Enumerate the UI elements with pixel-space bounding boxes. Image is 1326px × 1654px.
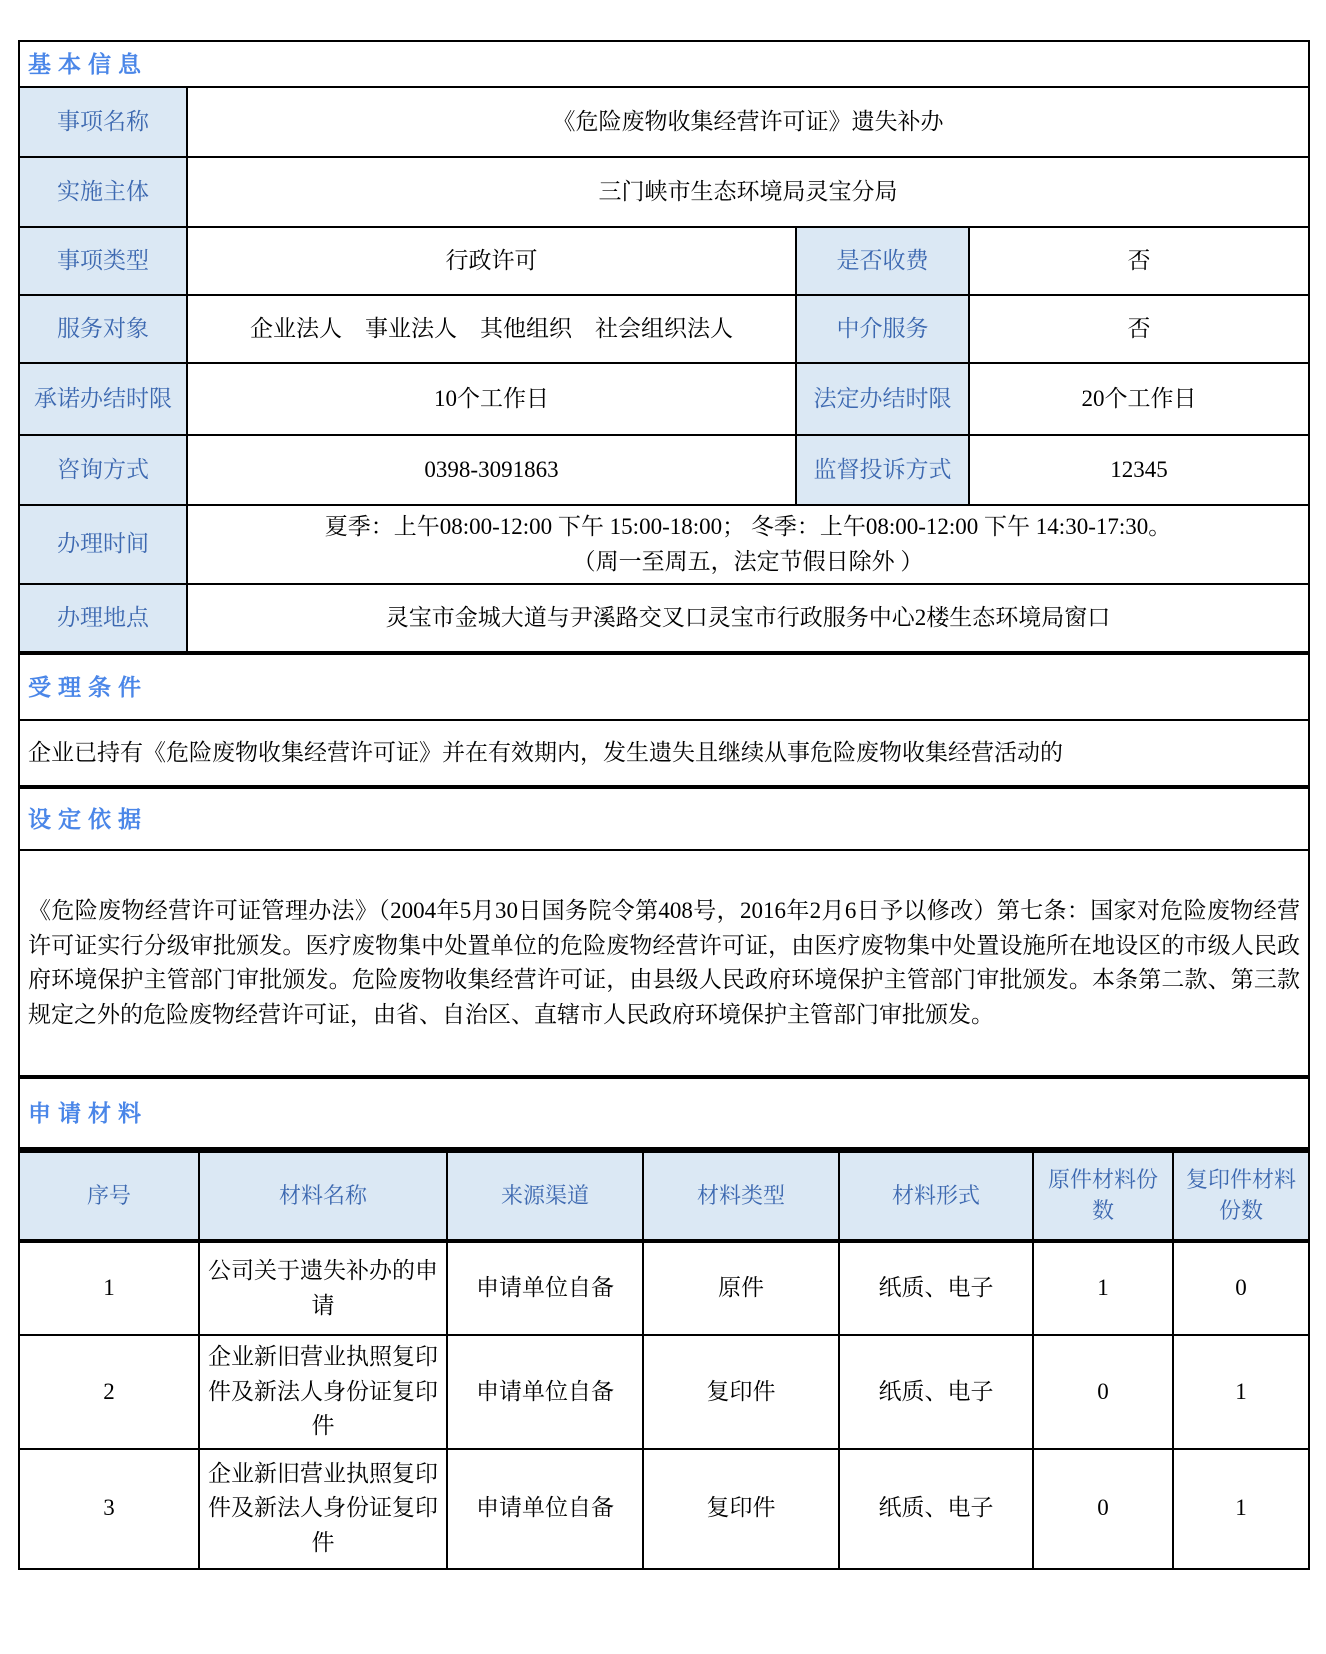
material-source: 申请单位自备 [447, 1241, 643, 1335]
section-title-materials: 申请材料 [19, 1078, 1309, 1148]
field-value-item-type: 行政许可 [187, 227, 796, 295]
column-header-material-type: 材料类型 [643, 1151, 839, 1241]
material-source: 申请单位自备 [447, 1335, 643, 1449]
field-label-service-target: 服务对象 [19, 295, 187, 363]
field-label-promised-deadline: 承诺办结时限 [19, 363, 187, 435]
field-label-intermediary: 中介服务 [796, 295, 969, 363]
acceptance-content: 企业已持有《危险废物收集经营许可证》并在有效期内，发生遗失且继续从事危险废物收集… [19, 720, 1309, 786]
materials-header-row: 序号 材料名称 来源渠道 材料类型 材料形式 原件材料份数 复印件材料份数 [19, 1151, 1309, 1241]
basic-info-section: 基本信息 事项名称 《危险废物收集经营许可证》遗失补办 实施主体 三门峡市生态环… [18, 40, 1310, 653]
section-title-basic-info: 基本信息 [19, 41, 1309, 87]
materials-table: 序号 材料名称 来源渠道 材料类型 材料形式 原件材料份数 复印件材料份数 1 … [18, 1149, 1310, 1570]
column-header-source: 来源渠道 [447, 1151, 643, 1241]
material-form: 纸质、电子 [839, 1335, 1033, 1449]
material-name: 企业新旧营业执照复印件及新法人身份证复印件 [199, 1449, 447, 1569]
material-type: 原件 [643, 1241, 839, 1335]
field-label-fee: 是否收费 [796, 227, 969, 295]
field-label-implementer: 实施主体 [19, 157, 187, 227]
material-photocopy-count: 1 [1173, 1449, 1309, 1569]
field-label-complaint: 监督投诉方式 [796, 435, 969, 505]
material-row-1: 1 公司关于遗失补办的申请 申请单位自备 原件 纸质、电子 1 0 [19, 1241, 1309, 1335]
field-label-legal-deadline: 法定办结时限 [796, 363, 969, 435]
field-label-item-name: 事项名称 [19, 87, 187, 157]
material-original-count: 1 [1033, 1241, 1173, 1335]
material-form: 纸质、电子 [839, 1241, 1033, 1335]
column-header-material-form: 材料形式 [839, 1151, 1033, 1241]
column-header-photocopy-copies: 复印件材料份数 [1173, 1151, 1309, 1241]
section-title-acceptance: 受理条件 [19, 654, 1309, 720]
material-name: 企业新旧营业执照复印件及新法人身份证复印件 [199, 1335, 447, 1449]
field-value-fee: 否 [969, 227, 1309, 295]
material-row-2: 2 企业新旧营业执照复印件及新法人身份证复印件 申请单位自备 复印件 纸质、电子… [19, 1335, 1309, 1449]
field-label-consult: 咨询方式 [19, 435, 187, 505]
material-form: 纸质、电子 [839, 1449, 1033, 1569]
section-title-basis: 设定依据 [19, 788, 1309, 850]
material-type: 复印件 [643, 1449, 839, 1569]
column-header-seq: 序号 [19, 1151, 199, 1241]
material-photocopy-count: 0 [1173, 1241, 1309, 1335]
document-page: 基本信息 事项名称 《危险废物收集经营许可证》遗失补办 实施主体 三门峡市生态环… [0, 0, 1326, 1570]
field-value-consult: 0398-3091863 [187, 435, 796, 505]
material-original-count: 0 [1033, 1449, 1173, 1569]
basis-section: 设定依据 《危险废物经营许可证管理办法》（2004年5月30日国务院令第408号… [18, 787, 1310, 1077]
field-value-implementer: 三门峡市生态环境局灵宝分局 [187, 157, 1309, 227]
material-row-3: 3 企业新旧营业执照复印件及新法人身份证复印件 申请单位自备 复印件 纸质、电子… [19, 1449, 1309, 1569]
field-value-promised-deadline: 10个工作日 [187, 363, 796, 435]
materials-title-section: 申请材料 [18, 1077, 1310, 1149]
field-value-location: 灵宝市金城大道与尹溪路交叉口灵宝市行政服务中心2楼生态环境局窗口 [187, 584, 1309, 652]
basis-content: 《危险废物经营许可证管理办法》（2004年5月30日国务院令第408号，2016… [19, 850, 1309, 1076]
field-label-item-type: 事项类型 [19, 227, 187, 295]
material-original-count: 0 [1033, 1335, 1173, 1449]
material-seq: 1 [19, 1241, 199, 1335]
field-value-service-target: 企业法人 事业法人 其他组织 社会组织法人 [187, 295, 796, 363]
field-value-item-name: 《危险废物收集经营许可证》遗失补办 [187, 87, 1309, 157]
material-name: 公司关于遗失补办的申请 [199, 1241, 447, 1335]
field-value-legal-deadline: 20个工作日 [969, 363, 1309, 435]
column-header-original-copies: 原件材料份数 [1033, 1151, 1173, 1241]
material-seq: 2 [19, 1335, 199, 1449]
field-value-complaint: 12345 [969, 435, 1309, 505]
material-photocopy-count: 1 [1173, 1335, 1309, 1449]
column-header-material-name: 材料名称 [199, 1151, 447, 1241]
field-value-hours: 夏季：上午08:00-12:00 下午 15:00-18:00； 冬季：上午08… [187, 505, 1309, 584]
acceptance-section: 受理条件 企业已持有《危险废物收集经营许可证》并在有效期内，发生遗失且继续从事危… [18, 653, 1310, 787]
field-label-hours: 办理时间 [19, 505, 187, 584]
material-type: 复印件 [643, 1335, 839, 1449]
material-source: 申请单位自备 [447, 1449, 643, 1569]
field-label-location: 办理地点 [19, 584, 187, 652]
material-seq: 3 [19, 1449, 199, 1569]
field-value-intermediary: 否 [969, 295, 1309, 363]
